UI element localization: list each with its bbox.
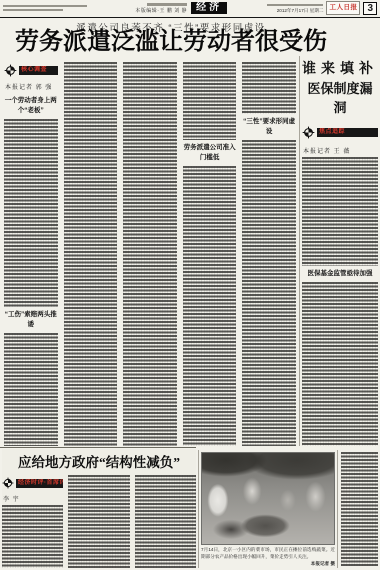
section-column-badge: 核心调查 [19,66,58,75]
header-right: 2012年7月17日 星期二 工人日报 3 [267,1,377,15]
body-text [123,62,177,446]
section-column-badge: 经济时评·首席评论 [16,479,63,488]
lead-subhead-2: “工伤”索赔两头推诿 [4,310,58,330]
header-contact-info [3,3,95,13]
lead-article-body: 核心调查 本报记者 郭 强 一个劳动者身上两个“老板” “工伤”索赔两头推诿 劳… [4,62,296,446]
lead-column-1: 核心调查 本报记者 郭 强 一个劳动者身上两个“老板” “工伤”索赔两头推诿 [4,62,58,446]
target-icon [302,126,315,139]
bottom-column-1: 经济时评·首席评论 李 宇 [2,475,63,568]
header-contact-line [3,9,63,12]
body-text [68,475,129,568]
bottom-article: 应给地方政府“结构性减负” 经济时评·首席评论 李 宇 [2,449,196,568]
lead-subhead-3: 劳务派遣公司准入门槛低 [183,143,237,163]
header-center: 本版编辑·王 鹏 刘 静 经济 [135,2,227,15]
body-text [242,62,296,114]
photo-caption-text: 7月14日，北京一小区内的菜市场，市民正在摊位前选购蔬菜。近期部分农产品价格出现… [201,547,335,559]
lead-subhead-1: 一个劳动者身上两个“老板” [4,96,58,116]
right-article: 谁来填补 医保制度漏洞 焦点追踪 本报记者 王 薇 医保基金监管亟待加强 [302,58,378,446]
body-text [242,140,296,447]
lead-column-3 [123,62,177,446]
column-badge-row: 核心调查 [4,62,58,79]
column-badge-row: 经济时评·首席评论 [2,475,63,491]
vertical-rule [337,450,338,568]
body-text [64,62,118,446]
page-header: 本版编辑·王 鹏 刘 静 经济 2012年7月17日 星期二 工人日报 3 [0,0,380,18]
body-text [341,452,378,566]
page-number: 3 [363,2,377,15]
body-text [302,157,378,266]
lead-column-4: 劳务派遣公司准入门槛低 [183,62,237,446]
header-contact-line [3,5,87,8]
vertical-rule [198,450,199,568]
news-photo-block: 7月14日，北京一小区内的菜市场，市民正在摊位前选购蔬菜。近期部分农产品价格出现… [201,452,335,568]
target-icon [4,64,17,77]
body-text [183,62,237,140]
body-text [183,166,237,447]
lead-column-5: “三性”要求形同虚设 [242,62,296,446]
main-headline: 劳务派遣泛滥让劳动者很受伤 [3,29,339,56]
section-badge: 经济 [191,2,227,14]
photo-credit: 本报记者 摄 [201,561,335,568]
bottom-article-headline: 应给地方政府“结构性减负” [2,451,196,471]
lead-column-2 [64,62,118,446]
right-article-continued [341,452,378,566]
editor-line: 本版编辑·王 鹏 刘 静 [135,7,187,14]
vertical-rule [299,56,300,446]
body-text [2,505,63,568]
column-badge-row: 焦点追踪 [302,124,378,141]
body-text [302,282,378,446]
newspaper-page: 本版编辑·王 鹏 刘 静 经济 2012年7月17日 星期二 工人日报 3 派遣… [0,0,380,570]
bottom-column-3 [135,475,196,568]
right-article-headline-line1: 谁来填补 [302,58,378,78]
right-article-subhead: 医保基金监管亟待加强 [302,269,378,279]
target-icon [2,477,14,489]
bottom-column-2 [68,475,129,568]
body-text [4,119,58,308]
news-photo [201,452,335,545]
lead-subhead-4: “三性”要求形同虚设 [242,117,296,137]
right-article-headline-line2: 医保制度漏洞 [302,78,378,116]
right-article-byline: 本报记者 王 薇 [303,146,378,155]
body-text [4,333,58,446]
body-text [135,475,196,568]
bottom-article-byline: 李 宇 [3,494,63,503]
masthead-logo: 工人日报 [326,1,360,15]
date-line: 2012年7月17日 星期二 [267,8,323,14]
photo-caption: 7月14日，北京一小区内的菜市场，市民正在摊位前选购蔬菜。近期部分农产品价格出现… [201,547,335,568]
horizontal-rule [0,447,196,448]
header-tel-line [147,3,187,6]
header-site-line [267,4,323,7]
section-column-badge: 焦点追踪 [317,128,378,137]
lead-byline: 本报记者 郭 强 [5,82,58,91]
